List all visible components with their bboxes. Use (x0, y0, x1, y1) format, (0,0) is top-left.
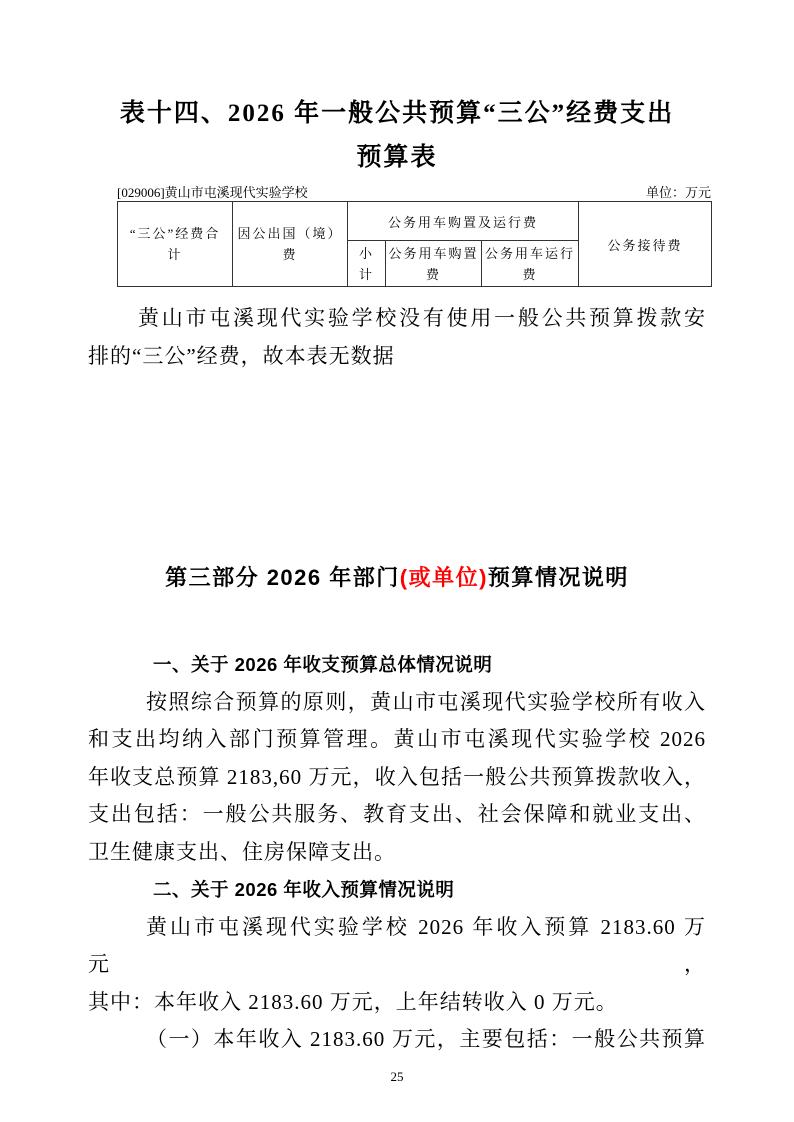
header-line: “三公”经费合 (118, 223, 232, 244)
col-header-vehicle-operation: 公务用车运行 费 (482, 241, 579, 287)
document-title-line1: 表十四、2026 年一般公共预算“三公”经费支出 (0, 92, 794, 136)
section1-heading: 一、关于 2026 年收支预算总体情况说明 (88, 646, 706, 684)
col-header-reception-expense: 公务接待费 (579, 202, 712, 287)
header-line: 因公出国（境） (233, 223, 347, 244)
document-page: 表十四、2026 年一般公共预算“三公”经费支出 预算表 [029006]黄山市… (0, 0, 794, 1122)
org-code-label: [029006]黄山市屯溪现代实验学校 (117, 184, 308, 201)
section1-paragraph: 按照综合预算的原则，黄山市屯溪现代实验学校所有收入 和支出均纳入部门预算管理。黄… (88, 684, 706, 872)
section2-paragraph: 黄山市屯溪现代实验学校 2026 年收入预算 2183.60 万元， 其中：本年… (88, 909, 706, 1022)
header-line: 计 (118, 244, 232, 265)
col-header-vehicle-purchase: 公务用车购置 费 (386, 241, 482, 287)
header-line: 费 (233, 244, 347, 265)
section3-paragraph: （一）本年收入 2183.60 万元，主要包括：一般公共预算 (88, 1021, 706, 1059)
paragraph-line: 黄山市屯溪现代实验学校 2026 年收入预算 2183.60 万元， (88, 909, 706, 984)
page-number: 25 (0, 1069, 794, 1085)
col-header-abroad-expense: 因公出国（境） 费 (233, 202, 348, 287)
col-header-vehicle-group: 公务用车购置及运行费 (348, 202, 579, 241)
paragraph-line: 支出包括：一般公共服务、教育支出、社会保障和就业支出、 (88, 796, 706, 834)
section2-heading: 二、关于 2026 年收入预算情况说明 (88, 871, 706, 909)
header-line: 小 (348, 243, 385, 264)
note-line: 黄山市屯溪现代实验学校没有使用一般公共预算拨款安 (88, 300, 706, 338)
header-line: 公务用车运行 (482, 243, 578, 264)
header-line: 费 (386, 264, 481, 285)
paragraph-line: 按照综合预算的原则，黄山市屯溪现代实验学校所有收入 (88, 684, 706, 722)
three-public-budget-table: “三公”经费合 计 因公出国（境） 费 公务用车购置及运行费 公务接待费 小 计… (117, 201, 712, 287)
paragraph-line: （一）本年收入 2183.60 万元，主要包括：一般公共预算 (88, 1021, 706, 1059)
document-title: 表十四、2026 年一般公共预算“三公”经费支出 预算表 (0, 92, 794, 180)
part3-heading-prefix: 第三部分 2026 年部门 (165, 565, 400, 590)
header-line: 费 (482, 264, 578, 285)
paragraph-line: 和支出均纳入部门预算管理。黄山市屯溪现代实验学校 2026 (88, 721, 706, 759)
paragraph-line: 年收支总预算 2183,60 万元，收入包括一般公共预算拨款收入， (88, 759, 706, 797)
col-header-vehicle-subtotal: 小 计 (348, 241, 386, 287)
paragraph-line: 卫生健康支出、住房保障支出。 (88, 834, 706, 872)
header-line: 计 (348, 264, 385, 285)
part3-heading: 第三部分 2026 年部门(或单位)预算情况说明 (0, 562, 794, 594)
table-empty-note: 黄山市屯溪现代实验学校没有使用一般公共预算拨款安 排的“三公”经费，故本表无数据 (88, 300, 706, 375)
header-line: 公务用车购置 (386, 243, 481, 264)
document-title-line2: 预算表 (0, 136, 794, 180)
part3-heading-highlight: (或单位) (400, 565, 488, 590)
part3-heading-suffix: 预算情况说明 (488, 565, 629, 590)
table-meta-row: [029006]黄山市屯溪现代实验学校 单位：万元 (117, 184, 711, 201)
col-header-three-public-total: “三公”经费合 计 (118, 202, 233, 287)
paragraph-line: 其中：本年收入 2183.60 万元，上年结转收入 0 万元。 (88, 984, 706, 1022)
note-line: 排的“三公”经费，故本表无数据 (88, 338, 706, 376)
unit-label: 单位：万元 (646, 184, 711, 201)
